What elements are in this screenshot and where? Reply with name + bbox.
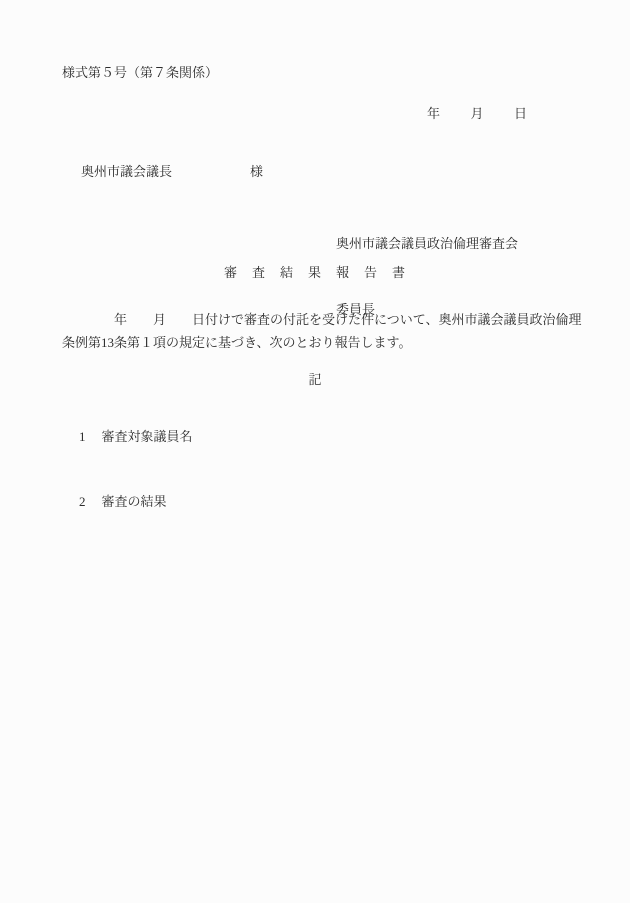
recipient-line: 奥州市議会議長様 — [68, 145, 263, 199]
report-form-page: 様式第５号（第７条関係） 年 月 日 奥州市議会議長様 奥州市議会議員政治倫理審… — [0, 0, 630, 903]
recipient-honorific: 様 — [250, 164, 263, 179]
item-label: 審査の結果 — [102, 494, 167, 509]
list-item-subject-name: 1審査対象議員名 — [66, 410, 193, 464]
sender-organization: 奥州市議会議員政治倫理審査会 — [336, 233, 518, 255]
item-number: 1 — [79, 429, 86, 444]
list-item-review-result: 2審査の結果 — [66, 475, 167, 529]
item-label: 審査対象議員名 — [102, 429, 193, 444]
document-title: 審 査 結 果 報 告 書 — [0, 264, 630, 282]
body-paragraph: 年 月 日付けで審査の付託を受けた件について、奥州市議会議員政治倫理 条例第13… — [62, 308, 582, 354]
recipient-name: 奥州市議会議長 — [81, 164, 172, 179]
record-marker: 記 — [0, 371, 630, 389]
form-number: 様式第５号（第７条関係） — [62, 64, 218, 82]
item-number: 2 — [79, 494, 86, 509]
date-placeholder-line: 年 月 日 — [427, 105, 529, 123]
